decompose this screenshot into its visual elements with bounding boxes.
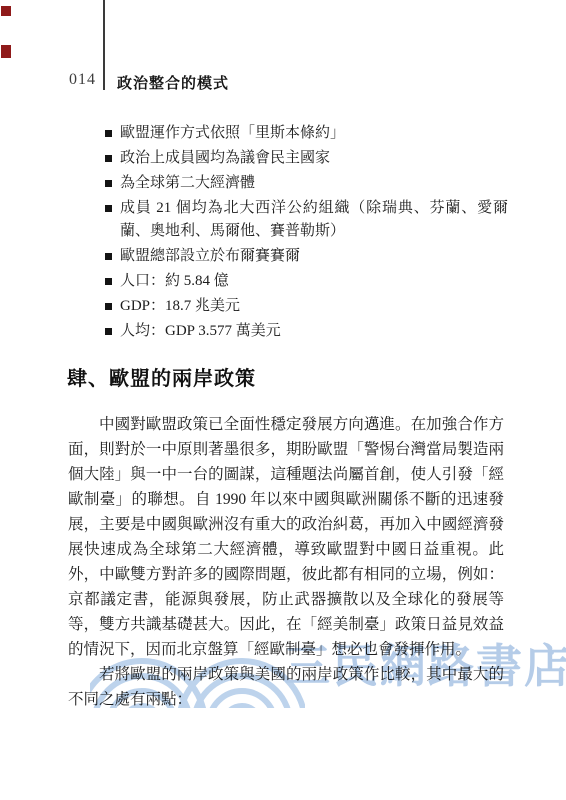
bullet-square-icon [105, 155, 112, 162]
bullet-square-icon [105, 328, 112, 335]
list-item-text: 成員 21 個均為北大西洋公約組織（除瑞典、芬蘭、愛爾蘭、奧地利、馬爾他、賽普勒… [120, 200, 508, 239]
list-item-text: 人口：約 5.84 億 [120, 273, 229, 289]
list-item-text: GDP：18.7 兆美元 [120, 298, 240, 314]
paragraph: 若將歐盟的兩岸政策與美國的兩岸政策作比較，其中最大的不同之處有兩點： [68, 662, 504, 712]
list-item: 成員 21 個均為北大西洋公約組織（除瑞典、芬蘭、愛爾蘭、奧地利、馬爾他、賽普勒… [104, 197, 508, 243]
bullet-square-icon [105, 130, 112, 137]
list-item: 政治上成員國均為議會民主國家 [104, 147, 508, 170]
list-item-text: 歐盟運作方式依照「里斯本條約」 [120, 125, 345, 141]
red-corner-marker-bottom [1, 45, 11, 58]
page-number: 014 [52, 71, 96, 89]
list-item: 為全球第二大經濟體 [104, 172, 508, 195]
bullet-square-icon [105, 180, 112, 187]
paragraph: 中國對歐盟政策已全面性穩定發展方向邁進。在加強合作方面，則對於一中原則著墨很多，… [68, 412, 504, 662]
list-item-text: 政治上成員國均為議會民主國家 [120, 150, 330, 166]
list-item: GDP：18.7 兆美元 [104, 295, 508, 318]
header-divider [103, 0, 105, 90]
list-item: 人口：約 5.84 億 [104, 270, 508, 293]
list-item: 歐盟運作方式依照「里斯本條約」 [104, 122, 508, 145]
list-item-text: 為全球第二大經濟體 [120, 175, 255, 191]
book-page: 014 政治整合的模式 歐盟運作方式依照「里斯本條約」 政治上成員國均為議會民主… [0, 0, 566, 800]
bullet-square-icon [105, 303, 112, 310]
red-corner-marker-top [1, 6, 11, 16]
list-item-text: 人均：GDP 3.577 萬美元 [120, 323, 281, 339]
list-item: 人均：GDP 3.577 萬美元 [104, 320, 508, 343]
running-head-title: 政治整合的模式 [117, 72, 229, 93]
section-heading: 肆、歐盟的兩岸政策 [67, 362, 256, 391]
list-item: 歐盟總部設立於布爾賽賽爾 [104, 245, 508, 268]
bullet-square-icon [105, 278, 112, 285]
bullet-list: 歐盟運作方式依照「里斯本條約」 政治上成員國均為議會民主國家 為全球第二大經濟體… [104, 122, 508, 345]
list-item-text: 歐盟總部設立於布爾賽賽爾 [120, 248, 300, 264]
bullet-square-icon [105, 253, 112, 260]
bullet-square-icon [105, 205, 112, 212]
body-text: 中國對歐盟政策已全面性穩定發展方向邁進。在加強合作方面，則對於一中原則著墨很多，… [68, 412, 504, 712]
